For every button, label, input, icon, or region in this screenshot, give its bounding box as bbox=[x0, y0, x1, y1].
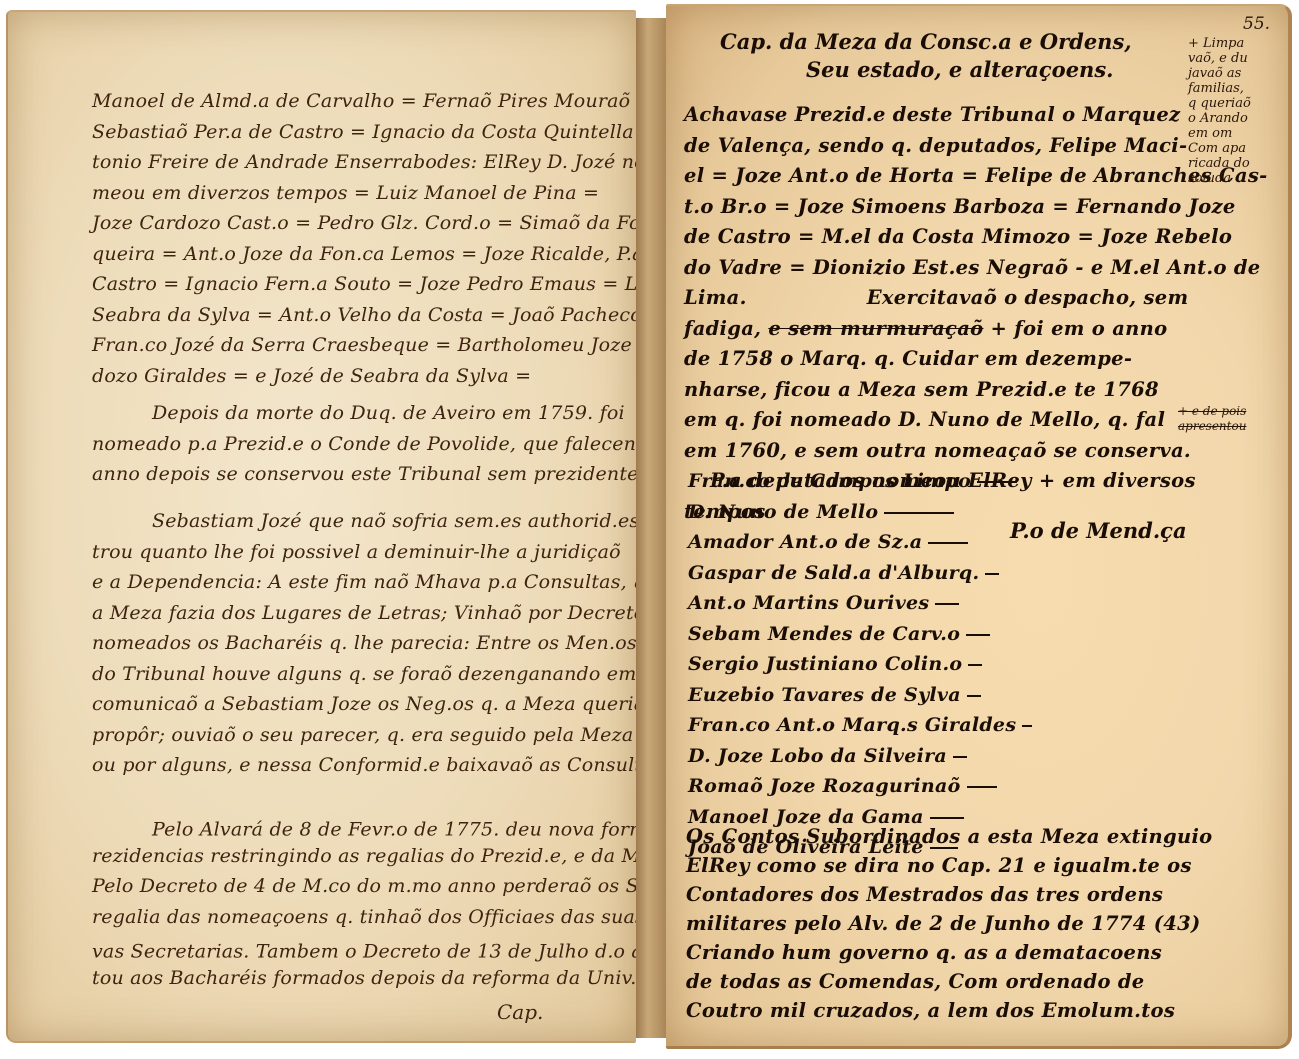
left-paragraph-3: Sebastiam Jozé que naõ sofria sem.es aut… bbox=[92, 506, 676, 781]
dash-rule bbox=[935, 603, 959, 605]
manuscript-spread: Manoel de Almd.a de Carvalho = Fernaõ Pi… bbox=[0, 0, 1299, 1059]
struck-text: e sem murmuraçaõ bbox=[768, 317, 983, 340]
text-line: Coutro mil cruzados, a lem dos Emolum.to… bbox=[686, 996, 1212, 1025]
text-line: e a Dependencia: A este fim naõ Mhava p.… bbox=[92, 567, 676, 598]
list-item: Ant.o Martins Ourives bbox=[688, 588, 1032, 619]
dash-rule bbox=[928, 542, 968, 544]
book-gutter bbox=[636, 18, 666, 1038]
heading-line-2: Seu estado, e alteraçoens. bbox=[720, 56, 1132, 84]
margin-note-top: + Limpa vaõ, e du javaõ as familias, q q… bbox=[1188, 36, 1251, 186]
catchword: Cap. bbox=[497, 1000, 543, 1024]
list-item: Fran.co de Campos Limpo bbox=[688, 466, 1032, 497]
text-line: de Castro = M.el da Costa Mimozo = Joze … bbox=[684, 222, 1268, 253]
text-line: do Vadre = Dionizio Est.es Negraõ - e M.… bbox=[684, 253, 1268, 284]
text-line: Os Contos Subordinados a esta Meza extin… bbox=[686, 822, 1212, 851]
text-line: trou quanto lhe foi possivel a deminuir-… bbox=[92, 537, 676, 568]
list-item: Sergio Justiniano Colin.o bbox=[688, 649, 1032, 680]
dash-rule bbox=[985, 573, 999, 575]
text-line: a Meza fazia dos Lugares de Letras; Vinh… bbox=[92, 598, 676, 629]
text-line: Achavase Prezid.e deste Tribunal o Marqu… bbox=[684, 100, 1268, 131]
text-line: propôr; ouviaõ o seu parecer, q. era seg… bbox=[92, 720, 676, 751]
text-line: t.o Br.o = Joze Simoens Barboza = Fernan… bbox=[684, 192, 1268, 223]
list-item: D. Nuno de Mello bbox=[688, 497, 1032, 528]
text-line: Contadores dos Mestrados das tres ordens bbox=[686, 880, 1212, 909]
text-line: nomeados os Bacharéis q. lhe parecia: En… bbox=[92, 628, 676, 659]
dash-rule bbox=[968, 664, 982, 666]
text-line: militares pelo Alv. de 2 de Junho de 177… bbox=[686, 909, 1212, 938]
text-line: fadiga, e sem murmuraçaõ + foi em o anno bbox=[684, 314, 1268, 345]
list-item: Sebam Mendes de Carv.o bbox=[688, 619, 1032, 650]
text-line: de 1758 o Marq. q. Cuidar em dezempe- bbox=[684, 344, 1268, 375]
text-line: ou por alguns, e nessa Conformid.e baixa… bbox=[92, 750, 676, 781]
right-paragraph-3: Os Contos Subordinados a esta Meza extin… bbox=[686, 822, 1212, 1025]
heading-line-1: Cap. da Meza da Consc.a e Ordens, bbox=[720, 29, 1132, 54]
text-line: de Valença, sendo q. deputados, Felipe M… bbox=[684, 131, 1268, 162]
page-number: 55. bbox=[1243, 14, 1270, 34]
list-item: Amador Ant.o de Sz.a bbox=[688, 527, 1032, 558]
text-line: Lima.Exercitavaõ o despacho, sem bbox=[684, 283, 1268, 314]
right-paragraph-1: Achavase Prezid.e deste Tribunal o Marqu… bbox=[684, 100, 1268, 527]
text-line: nomeado p.a Prezid.e o Conde de Povolide… bbox=[92, 429, 709, 460]
text-line: comunicaõ a Sebastiam Joze os Neg.os q. … bbox=[92, 689, 676, 720]
text-line: Depois da morte do Duq. de Aveiro em 175… bbox=[92, 398, 709, 429]
text-line: de todas as Comendas, Com ordenado de bbox=[686, 967, 1212, 996]
text-line: do Tribunal houve alguns q. se foraõ dez… bbox=[92, 659, 676, 690]
list-item: D. Joze Lobo da Silveira bbox=[688, 741, 1032, 772]
chapter-heading: Cap. da Meza da Consc.a e Ordens, Seu es… bbox=[720, 28, 1132, 84]
dash-rule bbox=[930, 817, 964, 819]
text-line: em 1760, e sem outra nomeaçaõ se conserv… bbox=[684, 436, 1268, 467]
dash-rule bbox=[967, 695, 981, 697]
left-paragraph-2: Depois da morte do Duq. de Aveiro em 175… bbox=[92, 398, 709, 490]
margin-note-mid: + e de pois apresentou bbox=[1178, 404, 1246, 434]
text-line: Sebastiam Jozé que naõ sofria sem.es aut… bbox=[92, 506, 676, 537]
list-item: Fran.co Ant.o Marq.s Giraldes bbox=[688, 710, 1032, 741]
dash-rule bbox=[967, 786, 997, 788]
text-line: el = Joze Ant.o de Horta = Felipe de Abr… bbox=[684, 161, 1268, 192]
dash-rule bbox=[953, 756, 967, 758]
list-item: Gaspar de Sald.a d'Alburq. bbox=[688, 558, 1032, 589]
deputies-list: Fran.co de Campos Limpo D. Nuno de Mello… bbox=[688, 466, 1032, 863]
dash-rule bbox=[884, 512, 954, 514]
dash-rule bbox=[1022, 725, 1032, 727]
text-line: nharse, ficou a Meza sem Prezid.e te 176… bbox=[684, 375, 1268, 406]
text-line: anno depois se conservou este Tribunal s… bbox=[92, 459, 709, 490]
list-item: Euzebio Tavares de Sylva bbox=[688, 680, 1032, 711]
text-line: Criando hum governo q. as a dematacoens bbox=[686, 938, 1212, 967]
text-line: ElRey como se dira no Cap. 21 e igualm.t… bbox=[686, 851, 1212, 880]
aside-name: P.o de Mend.ça bbox=[1010, 518, 1187, 543]
dash-rule bbox=[977, 481, 1017, 483]
list-item: Romaõ Joze Rozagurinaõ bbox=[688, 771, 1032, 802]
dash-rule bbox=[966, 634, 990, 636]
